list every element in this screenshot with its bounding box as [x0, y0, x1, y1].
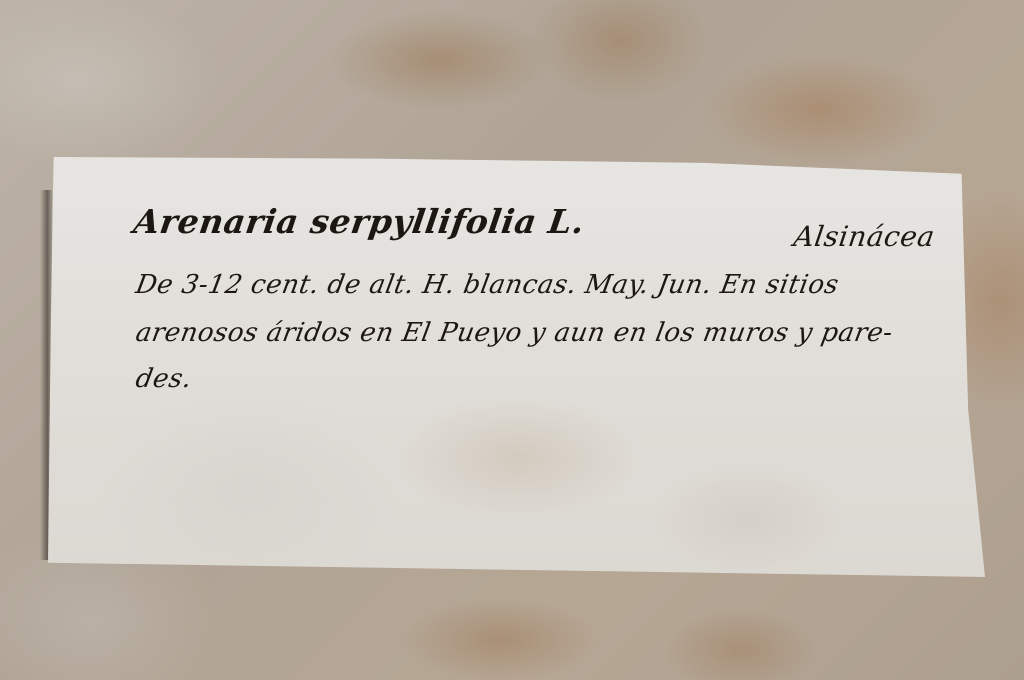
- family-name: Alsinácea: [792, 220, 937, 253]
- description-line-1: De 3-12 cent. de alt. H. blancas. May. J…: [133, 270, 841, 300]
- species-name: Arenaria serpyllifolia L.: [131, 202, 587, 241]
- description-line-2: arenosos áridos en El Pueyo y aun en los…: [133, 318, 895, 348]
- description-line-3: des.: [133, 364, 194, 394]
